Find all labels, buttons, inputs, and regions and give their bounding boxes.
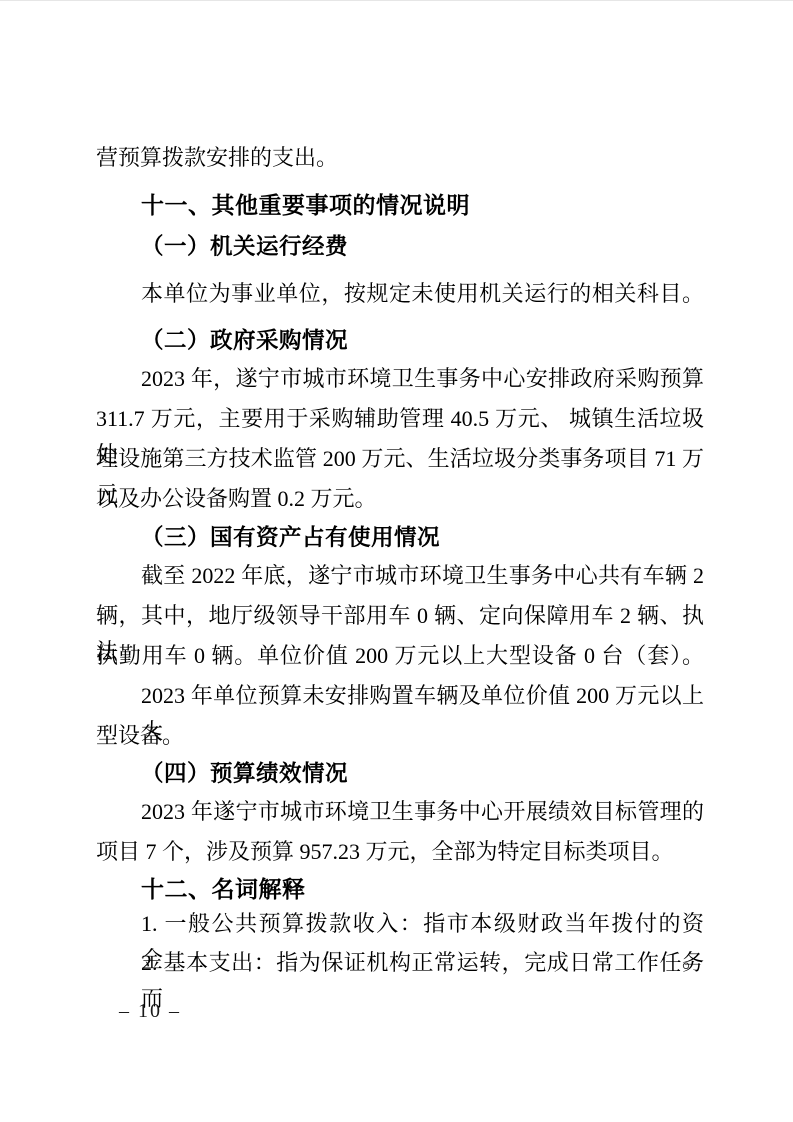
subsection-heading-4: （四）预算绩效情况 xyxy=(96,756,704,792)
paragraph-line: 营预算拨款安排的支出。 xyxy=(96,140,704,176)
paragraph-line: 截至 2022 年底，遂宁市城市环境卫生事务中心共有车辆 2 xyxy=(96,558,704,594)
document-page: 营预算拨款安排的支出。 十一、其他重要事项的情况说明 （一）机关运行经费 本单位… xyxy=(0,0,793,1122)
paragraph-line: 理设施第三方技术监管 200 万元、生活垃圾分类事务项目 71 万元 xyxy=(96,441,704,477)
paragraph-line: 型设备。 xyxy=(96,718,704,754)
paragraph-line: 1. 一般公共预算拨款收入：指市本级财政当年拨付的资金。 xyxy=(96,906,704,942)
subsection-heading-3: （三）国有资产占有使用情况 xyxy=(96,520,704,556)
section-heading-11: 十一、其他重要事项的情况说明 xyxy=(96,187,704,223)
paragraph-line: 本单位为事业单位，按规定未使用机关运行的相关科目。 xyxy=(96,276,704,312)
paragraph-line: 项目 7 个，涉及预算 957.23 万元，全部为特定目标类项目。 xyxy=(96,834,704,870)
page-number: – 10 – xyxy=(119,993,181,1029)
paragraph-line: 2023 年遂宁市城市环境卫生事务中心开展绩效目标管理的 xyxy=(96,794,704,830)
paragraph-line: 执勤用车 0 辆。单位价值 200 万元以上大型设备 0 台（套）。 xyxy=(96,638,704,674)
paragraph-line: 311.7 万元，主要用于采购辅助管理 40.5 万元、 城镇生活垃圾处 xyxy=(96,401,704,437)
section-heading-12: 十二、名词解释 xyxy=(96,871,704,907)
subsection-heading-1: （一）机关运行经费 xyxy=(96,229,704,265)
paragraph-line: 2. 基本支出：指为保证机构正常运转，完成日常工作任务而 xyxy=(96,945,704,981)
paragraph-line: 辆，其中，地厅级领导干部用车 0 辆、定向保障用车 2 辆、执法 xyxy=(96,598,704,634)
paragraph-line: 2023 年，遂宁市城市环境卫生事务中心安排政府采购预算 xyxy=(96,361,704,397)
subsection-heading-2: （二）政府采购情况 xyxy=(96,323,704,359)
paragraph-line: 2023 年单位预算未安排购置车辆及单位价值 200 万元以上大 xyxy=(96,678,704,714)
paragraph-line: 以及办公设备购置 0.2 万元。 xyxy=(96,481,704,517)
